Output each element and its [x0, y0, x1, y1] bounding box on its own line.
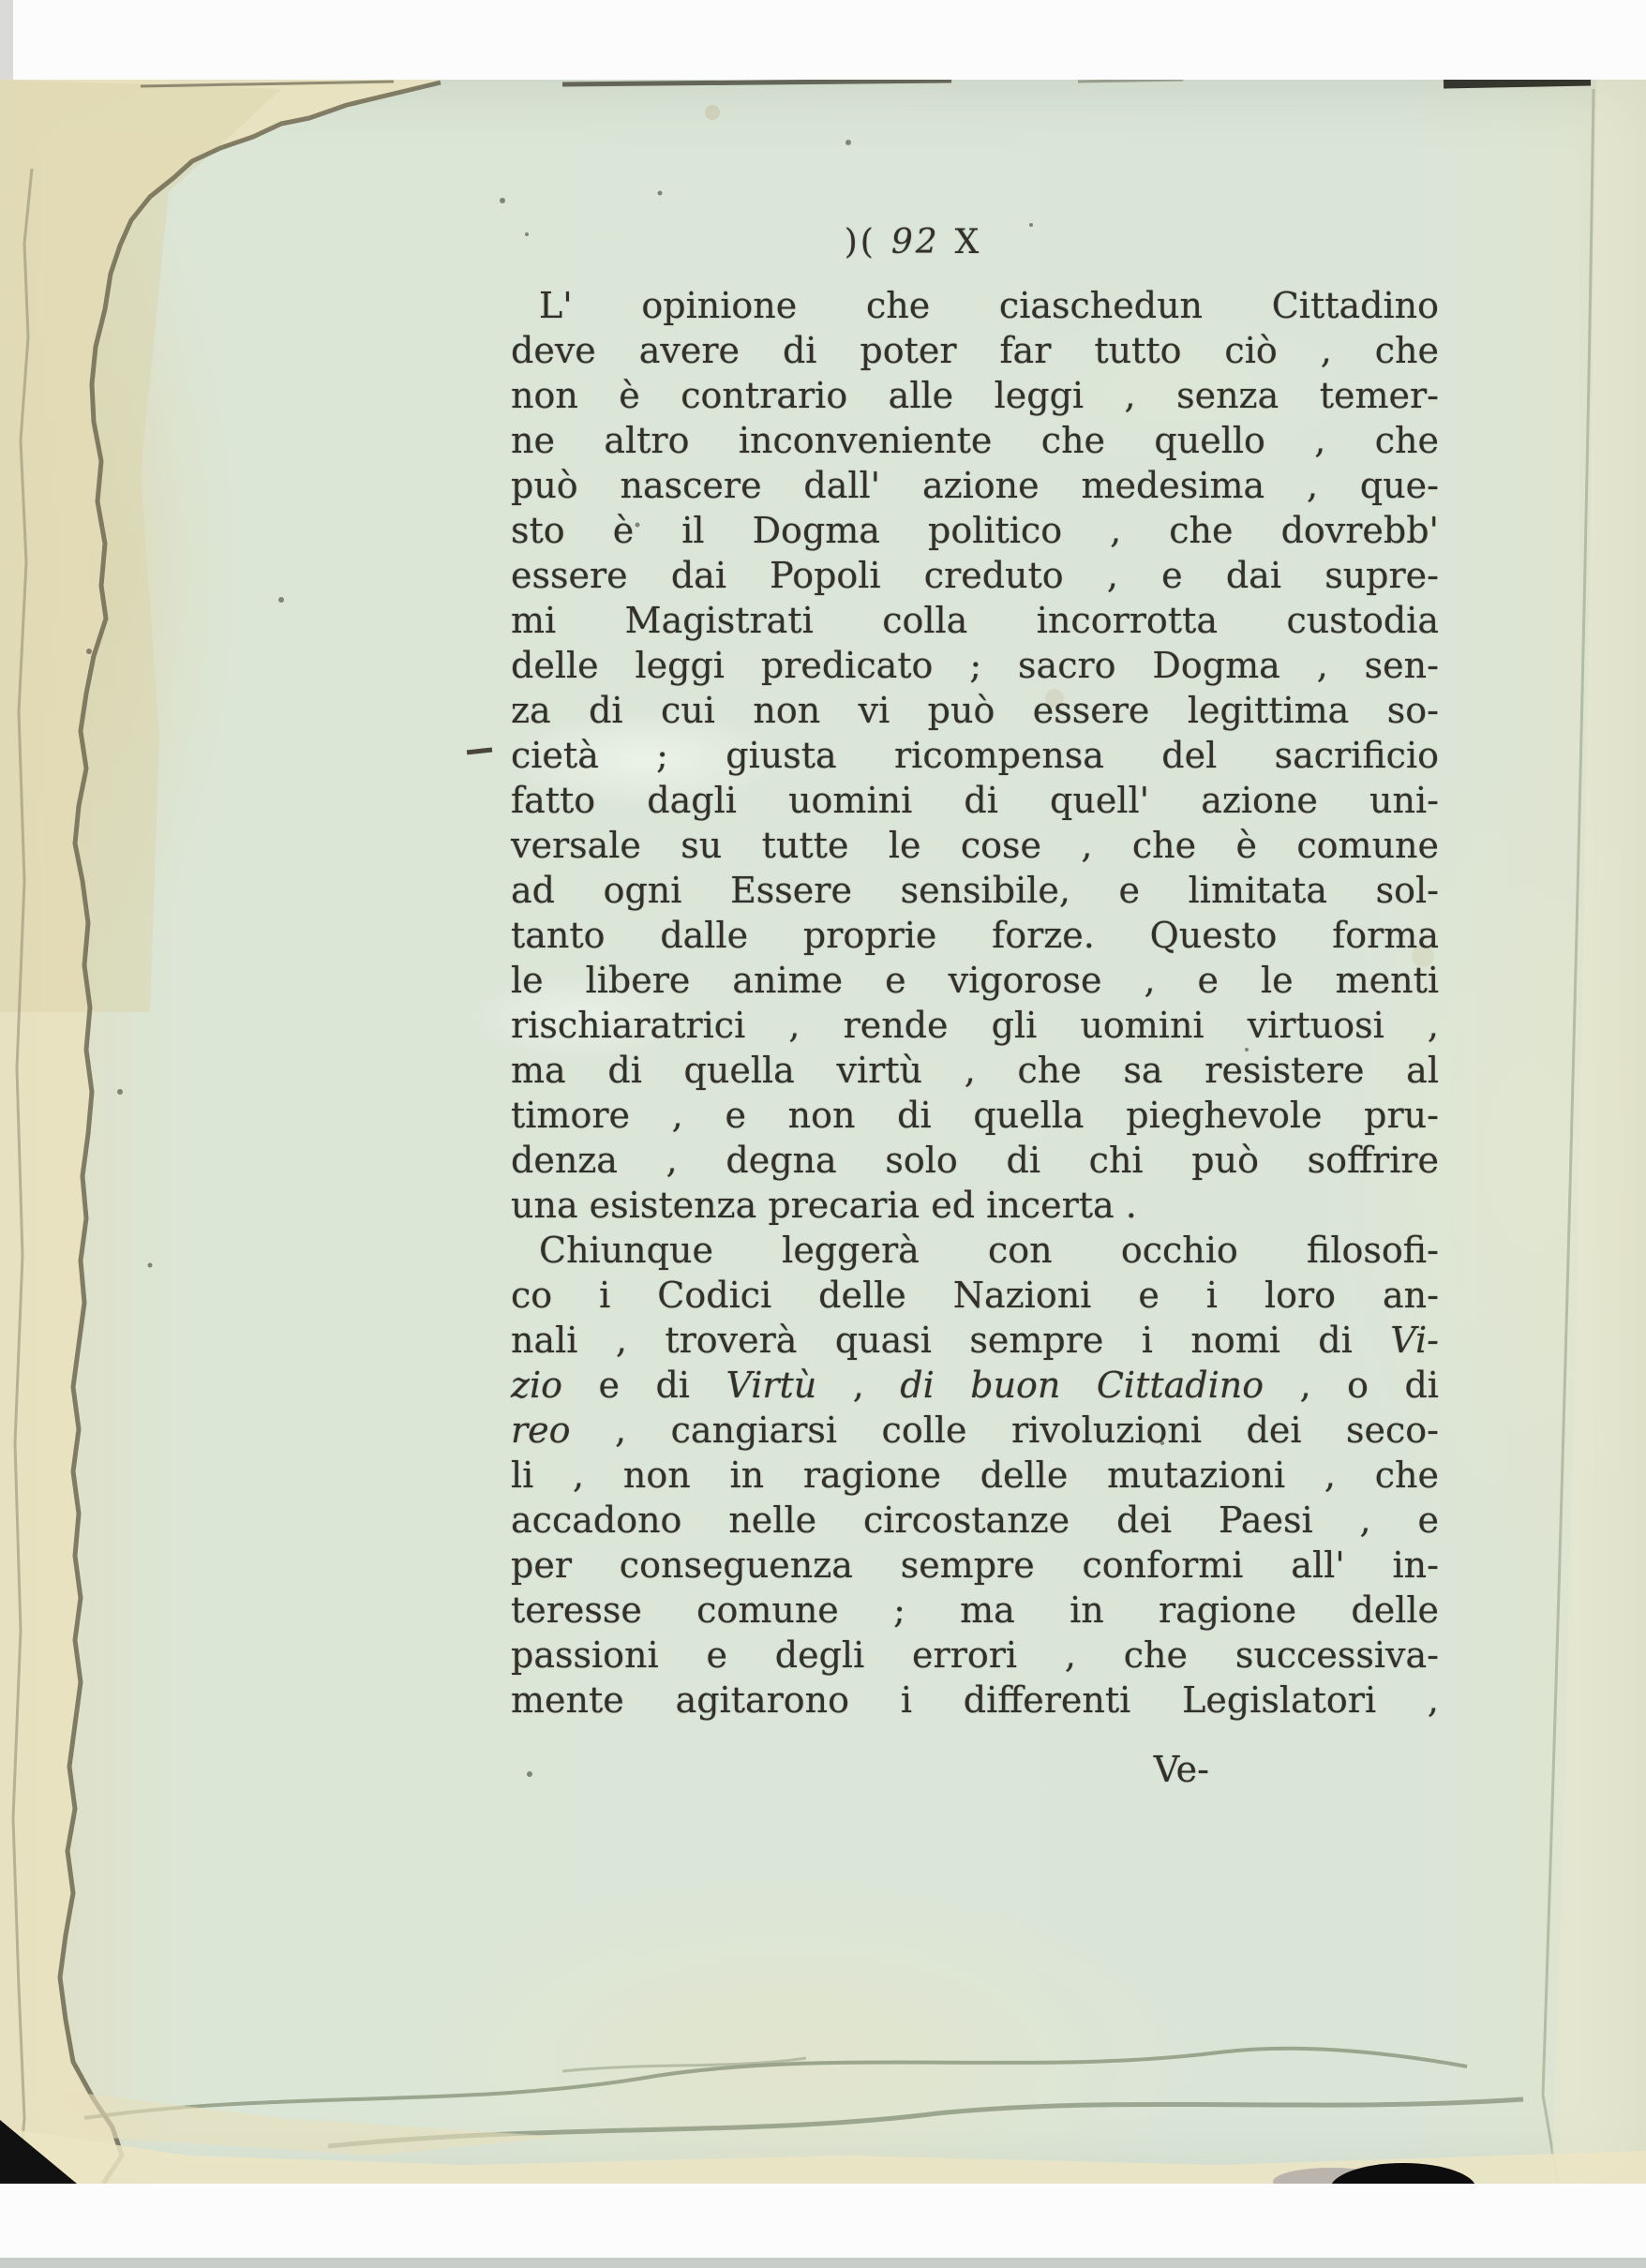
text-line: ne altro inconveniente che quello , che — [511, 418, 1439, 463]
text-segment: Chiunque leggerà con occhio filosofi- — [539, 1230, 1439, 1271]
text-line: teresse comune ; ma in ragione delle — [511, 1588, 1439, 1633]
italic-text-segment: reo — [511, 1410, 571, 1451]
text-segment: za di cui non vi può essere legittima so… — [511, 690, 1439, 731]
text-segment: passioni e degli errori , che successiva… — [511, 1634, 1439, 1676]
right-edge-cream — [1551, 80, 1646, 2184]
top-corner-smudge — [1444, 80, 1591, 82]
text-segment: , o di — [1264, 1365, 1439, 1406]
text-line: deve avere di poter far tutto ciò , che — [511, 328, 1439, 373]
text-segment: e di — [562, 1365, 726, 1406]
text-segment: cietà ; giusta ricompensa del sacrificio — [511, 735, 1439, 776]
text-segment: mi Magistrati colla incorrotta custodia — [511, 600, 1439, 641]
text-segment: , cangiarsi colle rivoluzioni dei seco- — [571, 1410, 1439, 1451]
text-line: cietà ; giusta ricompensa del sacrificio — [511, 733, 1439, 778]
text-segment: essere dai Popoli creduto , e dai supre- — [511, 555, 1439, 596]
text-segment: fatto dagli uomini di quell' azione uni- — [511, 780, 1439, 821]
text-line: L' opinione che ciaschedun Cittadino — [511, 283, 1439, 328]
book-page-paper: )(92X L' opinione che ciaschedun Cittadi… — [0, 80, 1646, 2184]
text-segment: delle leggi predicato ; sacro Dogma , se… — [511, 645, 1439, 686]
scan-margin-bottom — [0, 2184, 1646, 2268]
text-line: ad ogni Essere sensibile, e limitata sol… — [511, 868, 1439, 913]
text-segment: sto è il Dogma politico , che dovrebb' — [511, 510, 1439, 551]
bottom-crease-1 — [84, 2049, 1467, 2118]
text-segment: accadono nelle circostanze dei Paesi , e — [511, 1500, 1439, 1541]
text-segment: ne altro inconveniente che quello , che — [511, 420, 1439, 461]
text-line: non è contrario alle leggi , senza temer… — [511, 373, 1439, 418]
text-segment: deve avere di poter far tutto ciò , che — [511, 330, 1439, 371]
page-number: 92 — [891, 223, 940, 261]
text-segment: mente agitarono i differenti Legislatori… — [511, 1679, 1439, 1721]
italic-text-segment: Virtù — [726, 1365, 816, 1406]
text-line: le libere anime e vigorose , e le menti — [511, 958, 1439, 1003]
scan-bottom-edge-line — [0, 2258, 1646, 2268]
torn-edge-khaki-zone — [0, 80, 281, 1012]
header-ornament-left: )( — [845, 223, 876, 261]
text-segment: tanto dalle proprie forze. Questo forma — [511, 915, 1439, 956]
text-line: li , non in ragione delle mutazioni , ch… — [511, 1453, 1439, 1498]
text-segment: li , non in ragione delle mutazioni , ch… — [511, 1455, 1439, 1496]
text-segment: versale su tutte le cose , che è comune — [511, 825, 1439, 866]
text-line: denza , degna solo di chi può soffrire — [511, 1138, 1439, 1183]
text-line: mente agitarono i differenti Legislatori… — [511, 1678, 1439, 1723]
text-segment: teresse comune ; ma in ragione delle — [511, 1589, 1439, 1631]
margin-dash-mark — [467, 748, 492, 755]
italic-text-segment: Vi- — [1390, 1320, 1439, 1361]
scan-margin-top — [0, 0, 1646, 80]
text-segment: denza , degna solo di chi può soffrire — [511, 1140, 1439, 1181]
text-line: reo , cangiarsi colle rivoluzioni dei se… — [511, 1408, 1439, 1453]
body-text: L' opinione che ciaschedun Cittadinodeve… — [511, 283, 1439, 1723]
text-line: sto è il Dogma politico , che dovrebb' — [511, 508, 1439, 553]
text-line: co i Codici delle Nazioni e i loro an- — [511, 1273, 1439, 1318]
text-line: può nascere dall' azione medesima , que- — [511, 463, 1439, 508]
text-line: delle leggi predicato ; sacro Dogma , se… — [511, 643, 1439, 688]
text-segment: L' opinione che ciaschedun Cittadino — [539, 285, 1439, 326]
text-segment: le libere anime e vigorose , e le menti — [511, 960, 1439, 1001]
italic-text-segment: zio — [511, 1365, 562, 1406]
paragraph: L' opinione che ciaschedun Cittadinodeve… — [511, 283, 1439, 1228]
text-line: Chiunque leggerà con occhio filosofi- — [511, 1228, 1439, 1273]
text-segment: co i Codici delle Nazioni e i loro an- — [511, 1275, 1439, 1316]
text-line: essere dai Popoli creduto , e dai supre- — [511, 553, 1439, 598]
text-line: per conseguenza sempre conformi all' in- — [511, 1543, 1439, 1588]
text-line: una esistenza precaria ed incerta . — [511, 1183, 1439, 1228]
text-segment: può nascere dall' azione medesima , que- — [511, 465, 1439, 506]
scan-margin-top-shade — [0, 0, 13, 80]
text-segment: rischiaratrici , rende gli uomini virtuo… — [511, 1005, 1439, 1046]
catchword: Ve- — [511, 1747, 1439, 1792]
text-segment: timore , e non di quella pieghevole pru- — [511, 1095, 1439, 1136]
text-segment: non è contrario alle leggi , senza temer… — [511, 375, 1439, 416]
text-line: fatto dagli uomini di quell' azione uni- — [511, 778, 1439, 823]
top-edge-mark-right — [1078, 80, 1183, 82]
text-line: za di cui non vi può essere legittima so… — [511, 688, 1439, 733]
page-number-header: )(92X — [449, 223, 1377, 277]
text-segment: per conseguenza sempre conformi all' in- — [511, 1544, 1439, 1586]
text-segment: , — [816, 1365, 900, 1406]
text-line: tanto dalle proprie forze. Questo forma — [511, 913, 1439, 958]
text-line: ma di quella virtù , che sa resistere al — [511, 1048, 1439, 1093]
text-line: mi Magistrati colla incorrotta custodia — [511, 598, 1439, 643]
printed-text-block: )(92X L' opinione che ciaschedun Cittadi… — [511, 223, 1439, 1792]
text-line: passioni e degli errori , che successiva… — [511, 1633, 1439, 1678]
text-segment: una esistenza precaria ed incerta . — [511, 1185, 1137, 1226]
top-edge-mark-center — [562, 81, 951, 84]
text-line: zio e di Virtù , di buon Cittadino , o d… — [511, 1363, 1439, 1408]
text-line: rischiaratrici , rende gli uomini virtuo… — [511, 1003, 1439, 1048]
italic-text-segment: di buon Cittadino — [900, 1365, 1264, 1406]
paragraph: Chiunque leggerà con occhio filosofi-co … — [511, 1228, 1439, 1723]
text-line: nali , troverà quasi sempre i nomi di Vi… — [511, 1318, 1439, 1363]
header-ornament-right: X — [955, 223, 982, 261]
text-segment: ad ogni Essere sensibile, e limitata sol… — [511, 870, 1439, 911]
text-segment: nali , troverà quasi sempre i nomi di — [511, 1320, 1390, 1361]
text-line: accadono nelle circostanze dei Paesi , e — [511, 1498, 1439, 1543]
scanned-book-page: )(92X L' opinione che ciaschedun Cittadi… — [0, 0, 1646, 2268]
text-line: timore , e non di quella pieghevole pru- — [511, 1093, 1439, 1138]
text-segment: ma di quella virtù , che sa resistere al — [511, 1050, 1439, 1091]
text-line: versale su tutte le cose , che è comune — [511, 823, 1439, 868]
